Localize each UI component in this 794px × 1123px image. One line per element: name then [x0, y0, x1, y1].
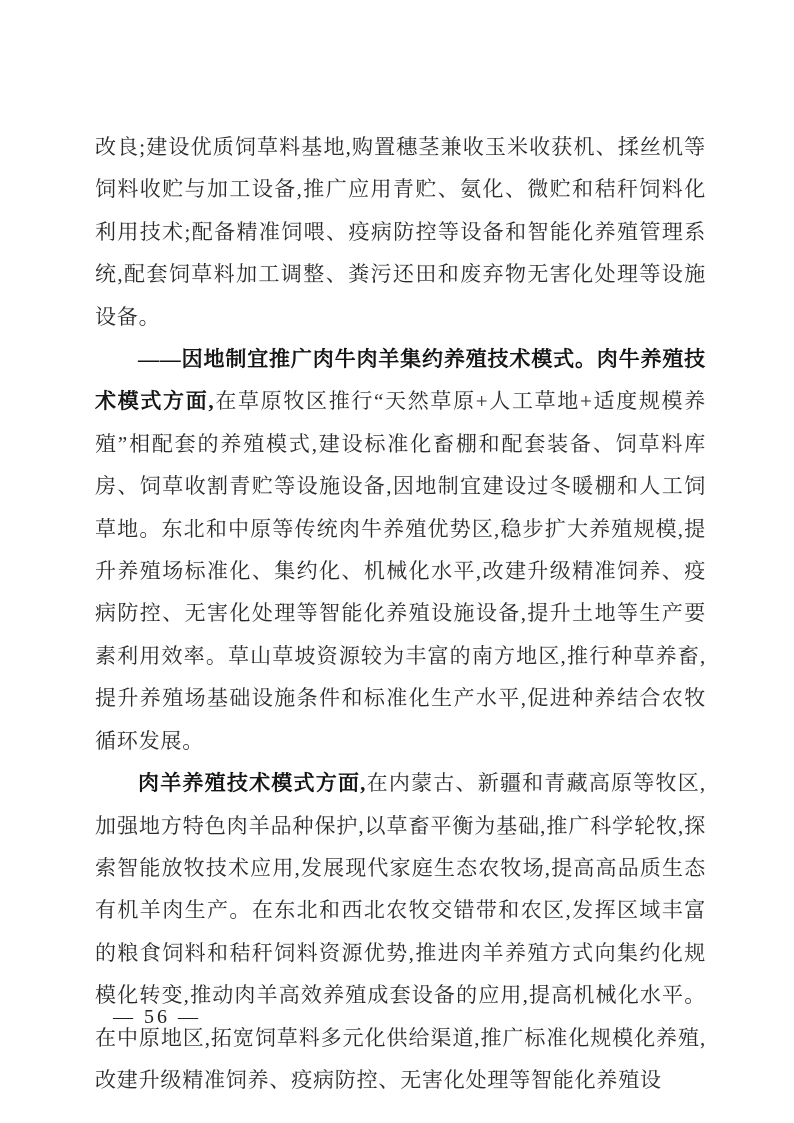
paragraph-feed-processing-continuation: 改良;建设优质饲草料基地,购置穗茎兼收玉米收获机、揉丝机等饲料收贮与加工设备,推…	[95, 126, 706, 338]
page-number: — 56 —	[113, 1006, 201, 1028]
document-page: 改良;建设优质饲草料基地,购置穗茎兼收玉米收获机、揉丝机等饲料收贮与加工设备,推…	[0, 0, 794, 1123]
paragraph-lead-bold: 肉羊养殖技术模式方面,	[138, 771, 366, 795]
paragraph-text: 改良;建设优质饲草料基地,购置穗茎兼收玉米收获机、揉丝机等饲料收贮与加工设备,推…	[95, 135, 706, 329]
document-body: 改良;建设优质饲草料基地,购置穗茎兼收玉米收获机、揉丝机等饲料收贮与加工设备,推…	[95, 126, 706, 1101]
paragraph-beef-cattle-model: ——因地制宜推广肉牛肉羊集约养殖技术模式。肉牛养殖技术模式方面,在草原牧区推行“…	[95, 338, 706, 762]
paragraph-mutton-sheep-model: 肉羊养殖技术模式方面,在内蒙古、新疆和青藏高原等牧区,加强地方特色肉羊品种保护,…	[95, 762, 706, 1101]
paragraph-text: 在内蒙古、新疆和青藏高原等牧区,加强地方特色肉羊品种保护,以草畜平衡为基础,推广…	[95, 771, 706, 1092]
paragraph-text: 在草原牧区推行“天然草原+人工草地+适度规模养殖”相配套的养殖模式,建设标准化畜…	[95, 389, 706, 752]
page-footer: — 56 —	[113, 1002, 201, 1032]
